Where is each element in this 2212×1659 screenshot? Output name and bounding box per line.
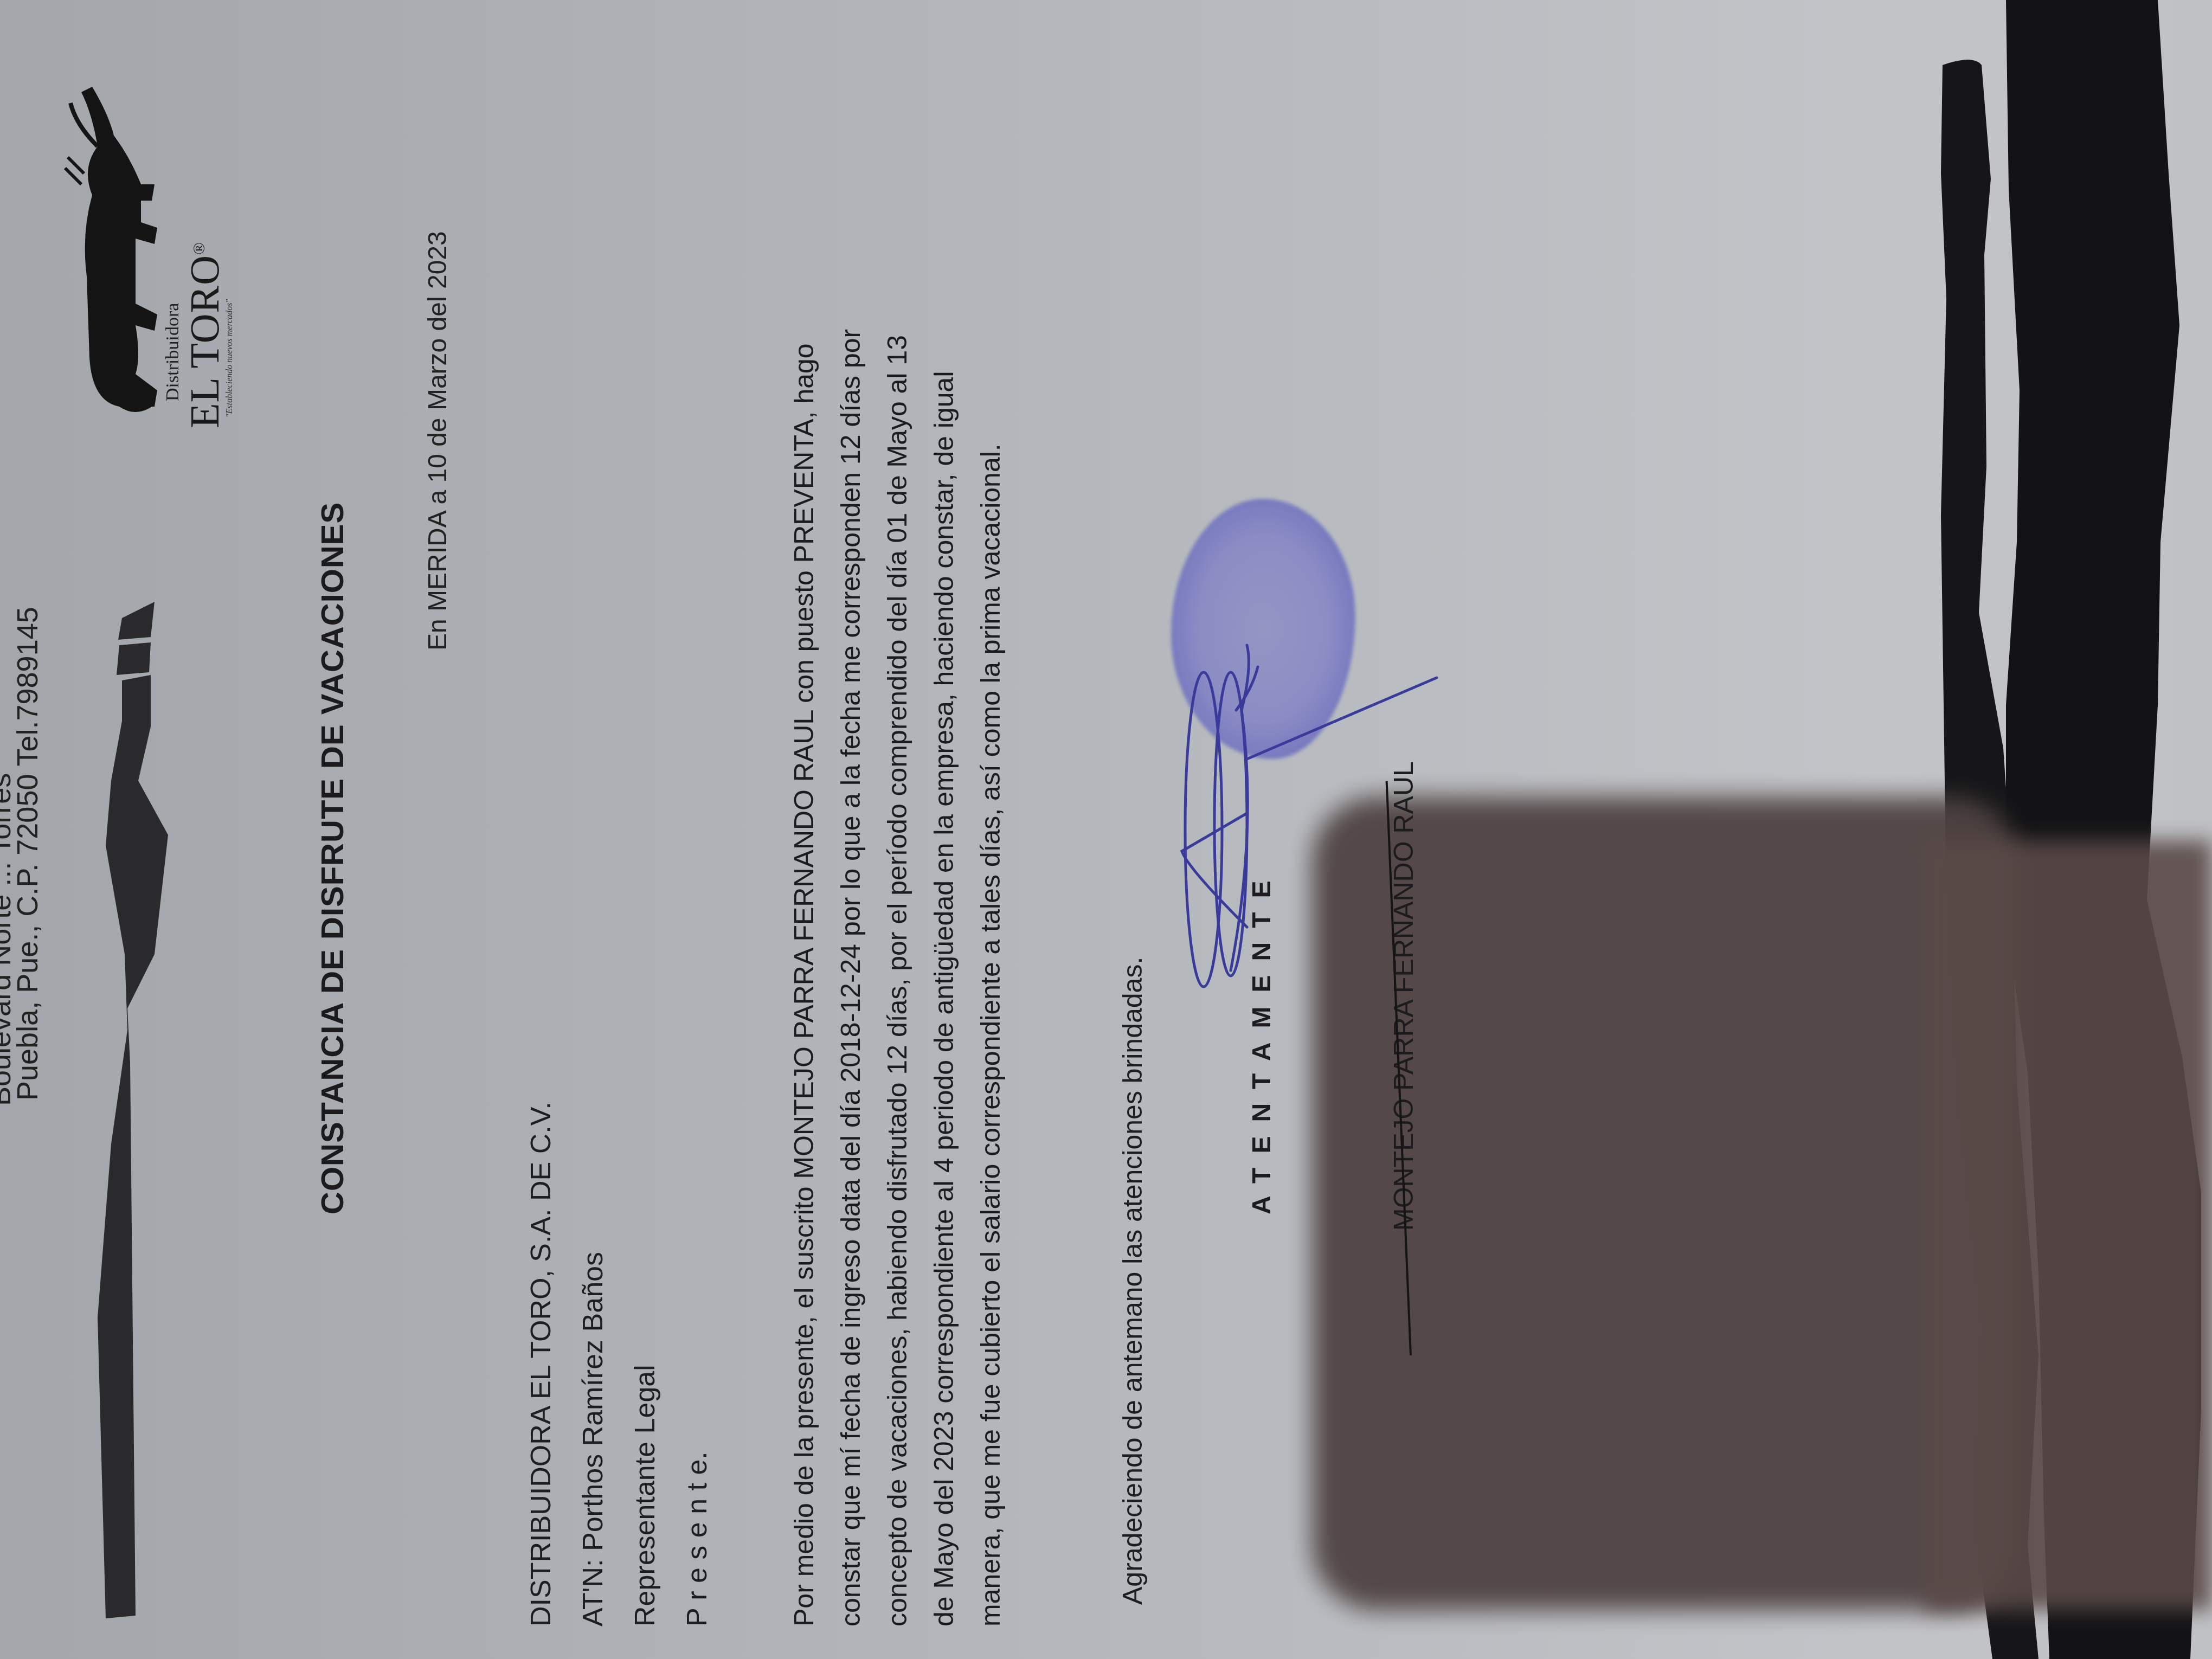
letterhead-address-line-2: Puebla, Pue., C.P. 72050 Tel.7989145 xyxy=(11,607,44,1101)
signer-name: MONTEJO PARRA FERNANDO RAUL xyxy=(1388,761,1419,1231)
recipient-block: DISTRIBUIDORA EL TORO, S.A. DE C.V. AT'N… xyxy=(515,1102,723,1626)
document-title: CONSTANCIA DE DISFRUTE DE VACACIONES xyxy=(314,502,351,1214)
body-line: constar que mí fecha de ingreso data del… xyxy=(827,152,874,1626)
recipient-company: DISTRIBUIDORA EL TORO, S.A. DE C.V. xyxy=(515,1102,567,1626)
body-line: manera, que me fue cubierto el salario c… xyxy=(967,152,1014,1626)
logo-name: EL TORO® xyxy=(182,242,229,428)
place-and-date: En MERIDA a 10 de Marzo del 2023 xyxy=(423,231,453,651)
body-paragraph: Por medio de la presente, el suscrito MO… xyxy=(781,152,1014,1626)
recipient-role: Representante Legal xyxy=(619,1102,671,1626)
recipient-greeting: P r e s e n t e. xyxy=(671,1102,723,1626)
body-line: Por medio de la presente, el suscrito MO… xyxy=(781,152,827,1626)
recipient-attention: AT'N: Porthos Ramírez Baños xyxy=(567,1102,619,1626)
body-line: de Mayo del 2023 correspondiente al 4 pe… xyxy=(921,152,967,1626)
body-line: concepto de vacaciones, habiendo disfrut… xyxy=(874,152,921,1626)
closing-line: Agradeciendo de antemano las atenciones … xyxy=(1117,957,1148,1605)
bull-icon xyxy=(60,60,168,439)
logo-tagline: "Estableciendo nuevos mercados" xyxy=(225,299,235,417)
logo-prefix: Distribuidora xyxy=(163,303,183,401)
company-logo: Distribuidora EL TORO® "Estableciendo nu… xyxy=(60,49,239,439)
letter-document: Boulevard Norte ... Torres Puebla, Pue.,… xyxy=(0,0,2212,1659)
